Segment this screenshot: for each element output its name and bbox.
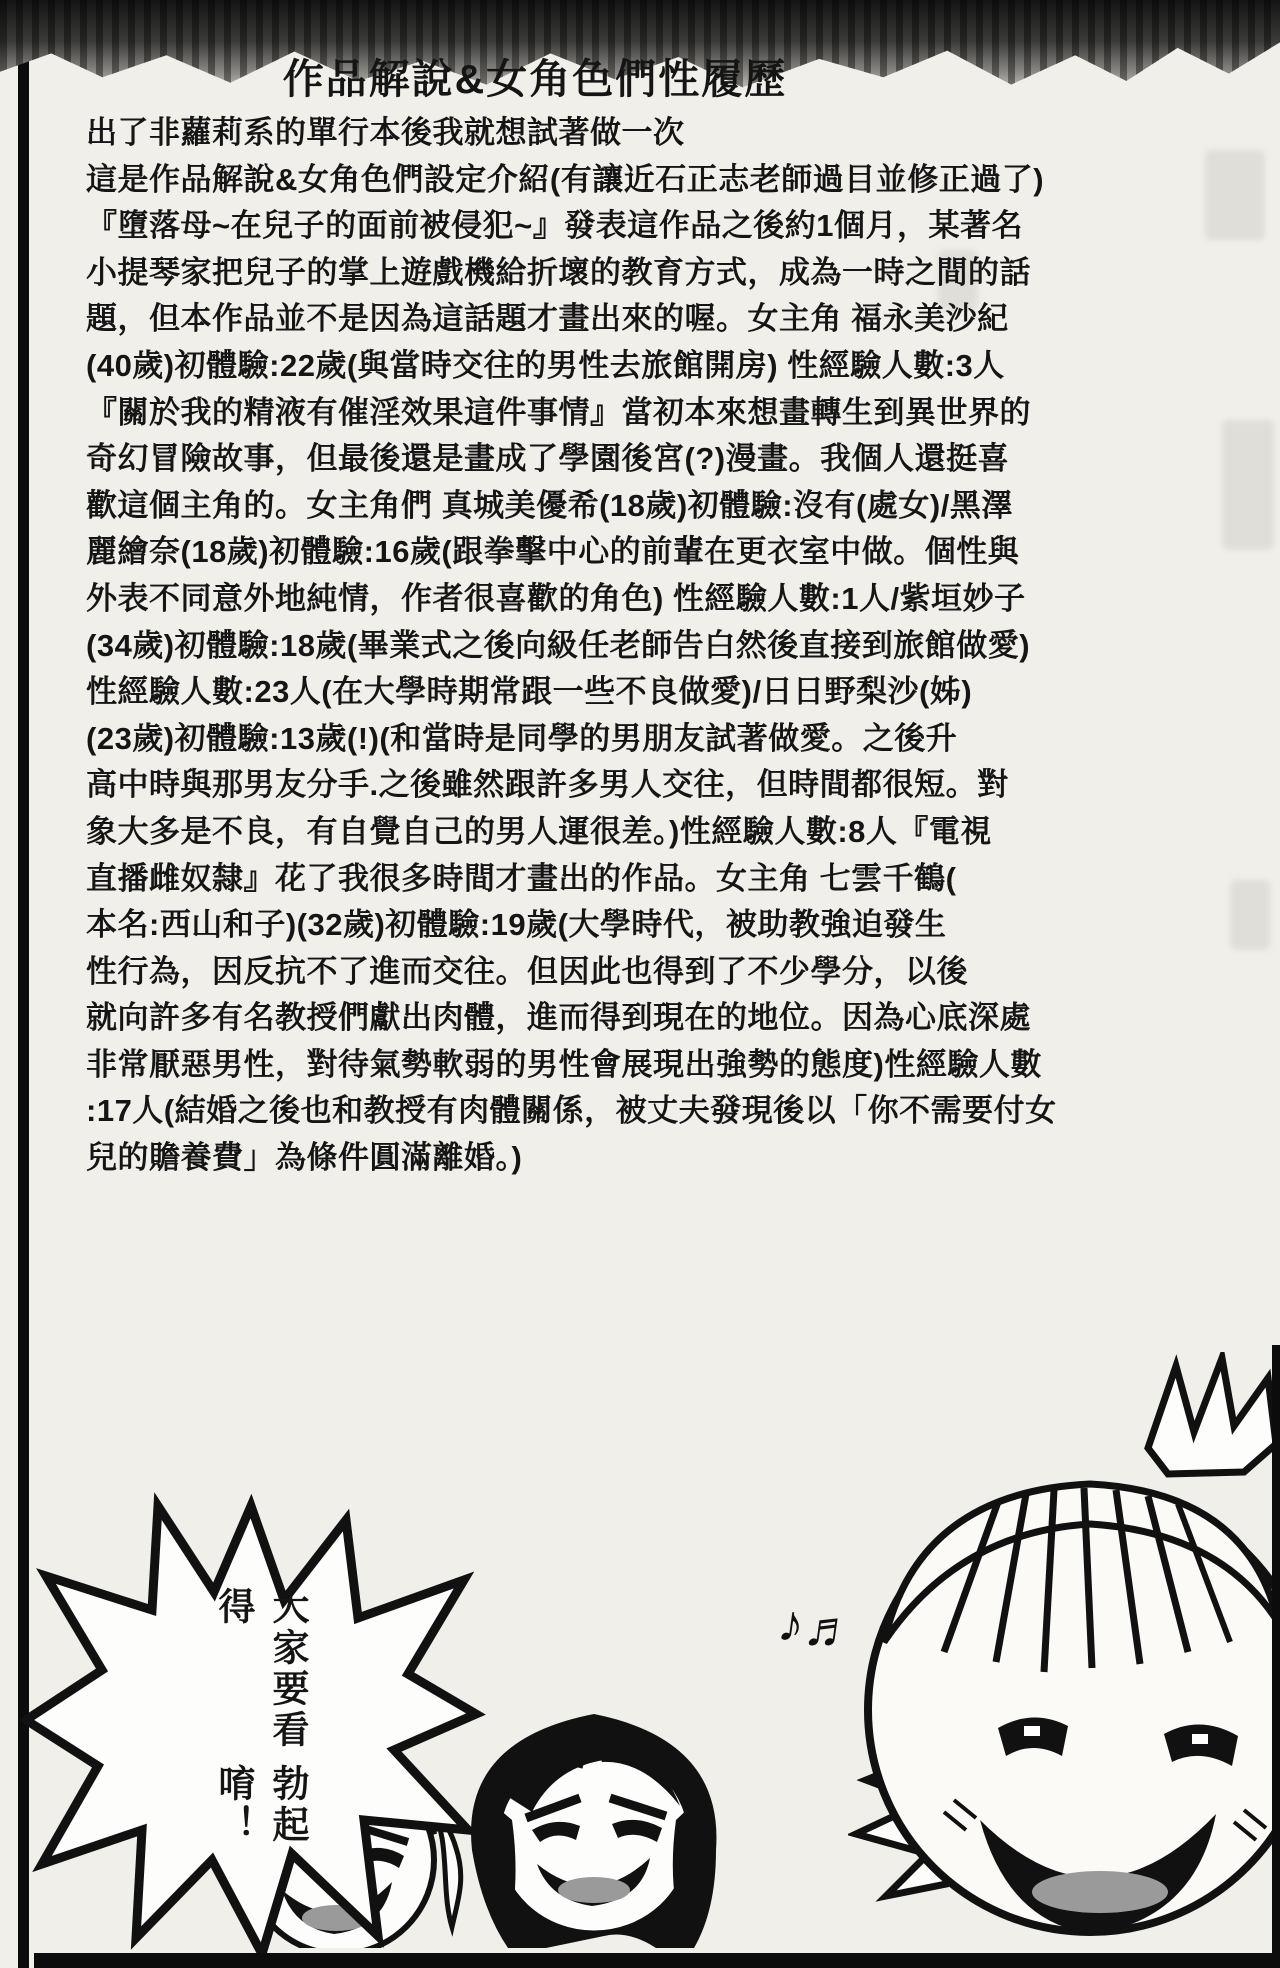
text-line: (23歲)初體驗:13歲(!)(和當時是同學的男朋友試著做愛。之後升	[86, 716, 986, 763]
text-line: 性經驗人數:23人(在大學時期常跟一些不良做愛)/日日野梨沙(姊)	[86, 669, 986, 716]
bleedthrough-smudge	[1205, 150, 1265, 240]
text-line: 奇幻冒險故事，但最後還是畫成了學園後宮(?)漫畫。我個人還挺喜	[86, 436, 986, 483]
chibi-character-darkhair	[452, 1698, 736, 1948]
bleedthrough-smudge	[1230, 880, 1270, 950]
text-line: 高中時與那男友分手.之後雖然跟許多男人交往，但時間都很短。對	[86, 762, 986, 809]
bleedthrough-smudge	[1222, 420, 1274, 550]
bubble-col-right: 大家要看得	[134, 1587, 314, 1754]
page-title: 作品解說&女角色們性履歷	[85, 46, 985, 105]
text-line: (34歲)初體驗:18歲(畢業式之後向級任老師告白然後直接到旅館做愛)	[86, 623, 986, 670]
text-line: 『關於我的精液有催淫效果這件事情』當初本來想畫轉生到異世界的	[86, 390, 986, 437]
text-line: (40歲)初體驗:22歲(與當時交往的男性去旅館開房) 性經驗人數:3人	[86, 343, 986, 390]
text-line: 麗繪奈(18歲)初體驗:16歲(跟拳擊中心的前輩在更衣室中做。個性與	[86, 529, 986, 576]
text-line: 小提琴家把兒子的掌上遊戲機給折壞的教育方式，成為一時之間的話	[86, 250, 986, 297]
text-line: 『墮落母~在兒子的面前被侵犯~』發表這作品之後約1個月，某著名	[86, 203, 986, 250]
speech-bubble: 大家要看得 勃起唷！	[16, 1492, 486, 1962]
text-line: 出了非蘿莉系的單行本後我就想試著做一次	[86, 110, 986, 157]
text-line: 本名:西山和子)(32歲)初體驗:19歲(大學時代，被助教強迫發生	[86, 902, 986, 949]
text-line: 兒的贍養費」為條件圓滿離婚。)	[86, 1135, 986, 1182]
text-line: 這是作品解說&女角色們設定介紹(有讓近石正志老師過目並修正過了)	[86, 157, 986, 204]
text-line: :17人(結婚之後也和教授有肉體關係，被丈夫發現後以「你不需要付女	[86, 1088, 986, 1135]
body-text: 出了非蘿莉系的單行本後我就想試著做一次 這是作品解說&女角色們設定介紹(有讓近石…	[86, 110, 986, 1182]
chibi-character-big	[848, 1352, 1280, 1966]
text-line: 題，但本作品並不是因為這話題才畫出來的喔。女主角 福永美沙紀	[86, 296, 986, 343]
bubble-col-left: 勃起唷！	[134, 1764, 314, 1897]
music-notes-icon: ♪♬	[774, 1593, 860, 1663]
text-line: 歡這個主角的。女主角們 真城美優希(18歲)初體驗:沒有(處女)/黑澤	[86, 483, 986, 530]
text-line: 象大多是不良，有自覺自己的男人運很差。)性經驗人數:8人『電視	[86, 809, 986, 856]
text-line: 非常厭惡男性，對待氣勢軟弱的男性會展現出強勢的態度)性經驗人數	[86, 1042, 986, 1089]
scan-bottom-edge	[34, 1953, 1280, 1968]
scan-right-edge	[1272, 1345, 1280, 1968]
text-line: 就向許多有名教授們獻出肉體，進而得到現在的地位。因為心底深處	[86, 995, 986, 1042]
text-line: 外表不同意外地純情，作者很喜歡的角色) 性經驗人數:1人/紫垣妙子	[86, 576, 986, 623]
speech-bubble-text: 大家要看得 勃起唷！	[134, 1587, 314, 1897]
text-line: 性行為，因反抗不了進而交往。但因此也得到了不少學分，以後	[86, 949, 986, 996]
text-line: 直播雌奴隸』花了我很多時間才畫出的作品。女主角 七雲千鶴(	[86, 856, 986, 903]
